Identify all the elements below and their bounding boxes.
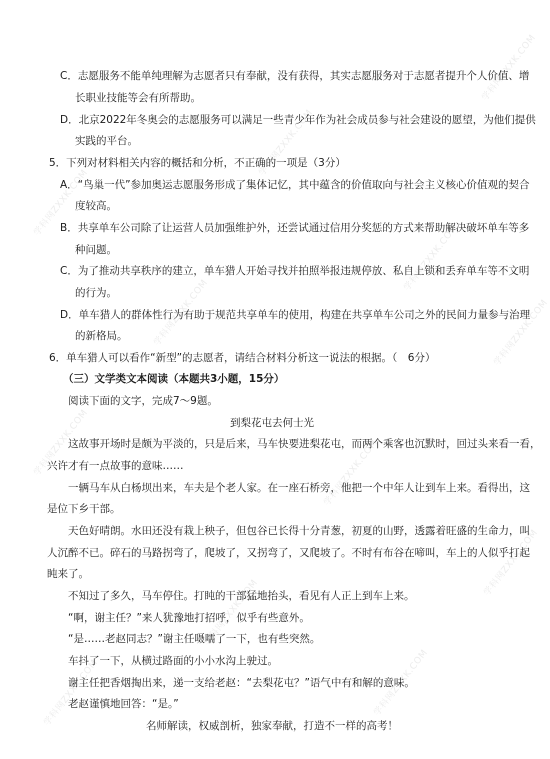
option-text: C．志愿服务不能单纯理解为志愿者只有奉献，没有获得，其实志愿服务对于志愿者提升个… — [60, 66, 502, 88]
option-text: D．北京2022年冬奥会的志愿服务可以满足一些青少年作为社会成员参与社会建设的愿… — [60, 110, 502, 132]
paragraph-line: 人沉醉不已。碎石的马路拐弯了，爬坡了，又拐弯了，又爬坡了。不时有布谷在啼叫，车上… — [47, 543, 497, 565]
story-author: 何士光 — [283, 417, 315, 429]
footer-slogan: 名师解读，权威剖析，独家奉献，打造不一样的高考！ — [47, 716, 497, 738]
story-paragraph: 不知过了多久，马车停住。打盹的干部猛地抬头，看见有人正上到车上来。 — [68, 586, 415, 608]
section-heading: （三）文学类文本阅读（本题共3小题，15分） — [63, 369, 284, 391]
dialogue-line: 谢主任把香烟掏出来，递一支给老赵：“去梨花屯？”语气中有和解的意味。 — [68, 673, 415, 695]
option-text: 的新格局。 — [75, 326, 128, 348]
option-text: A．“鸟巢一代”参加奥运志愿服务形成了集体记忆，其中蕴含的价值取向与社会主义核心… — [60, 175, 502, 197]
dialogue-line: “啊，谢主任？”来人犹豫地打招呼，似乎有些意外。 — [68, 608, 310, 630]
exam-page: 学科网ZXXK.COM 学科网ZXXK.COM 学科网ZXXK.COM 学科网Z… — [0, 0, 550, 759]
option-text: B．共享单车公司除了让运营人员加强维护外，还尝试通过信用分奖惩的方式来帮助解决破… — [60, 218, 502, 240]
dialogue-line: “是……老赵同志？”谢主任嗫嚅了一下，也有些突然。 — [68, 629, 320, 651]
option-text: 度较高。 — [75, 196, 117, 218]
option-text: 长职业技能等会有所帮助。 — [75, 88, 201, 110]
paragraph-line: 是位下乡干部。 — [47, 499, 497, 521]
question6-stem: 6．单车猎人可以看作“新型”的志愿者，请结合材料分析这一说法的根据。（ 6分） — [49, 348, 436, 370]
paragraph-line: 盹来了。 — [47, 564, 497, 586]
paragraph-line: 一辆马车从白杨坝出来，车夫是个老人家。在一座石桥旁，他把一个中年人让到车上来。看… — [68, 478, 497, 500]
question5-stem: 5．下列对材料相关内容的概括和分析，不正确的一项是（3分） — [49, 153, 346, 175]
option-text: C．为了推动共享秩序的建立，单车猎人开始寻找并拍照举报违规停放、私自上锁和丢弃单… — [60, 261, 502, 283]
story-title-line: 到梨花屯去何士光 — [47, 413, 497, 435]
paragraph-line: 这故事开场时是颇为平淡的，只是后来，马车快要进梨花屯，而两个乘客也沉默时，回过头… — [68, 434, 497, 456]
story-paragraph: 车抖了一下，从横过路面的小小水沟上驶过。 — [68, 651, 278, 673]
option-text: 实践的平台。 — [75, 131, 138, 153]
option-text: 种问题。 — [75, 240, 117, 262]
option-text: 的行为。 — [75, 283, 117, 305]
paragraph-line: 天色好晴朗。水田还没有栽上秧子，但包谷已长得十分青葱，初夏的山野，透露着旺盛的生… — [68, 521, 497, 543]
story-title: 到梨花屯去 — [230, 417, 283, 429]
option-text: D．单车猎人的群体性行为有助于规范共享单车的使用，构建在共享单车公司之外的民间力… — [60, 305, 502, 327]
section-instruction: 阅读下面的文字，完成7～9题。 — [68, 391, 218, 413]
dialogue-line: 老赵谨慎地回答：“是。” — [68, 694, 179, 716]
paragraph-line: 兴许才有一点故事的意味…… — [47, 456, 497, 478]
